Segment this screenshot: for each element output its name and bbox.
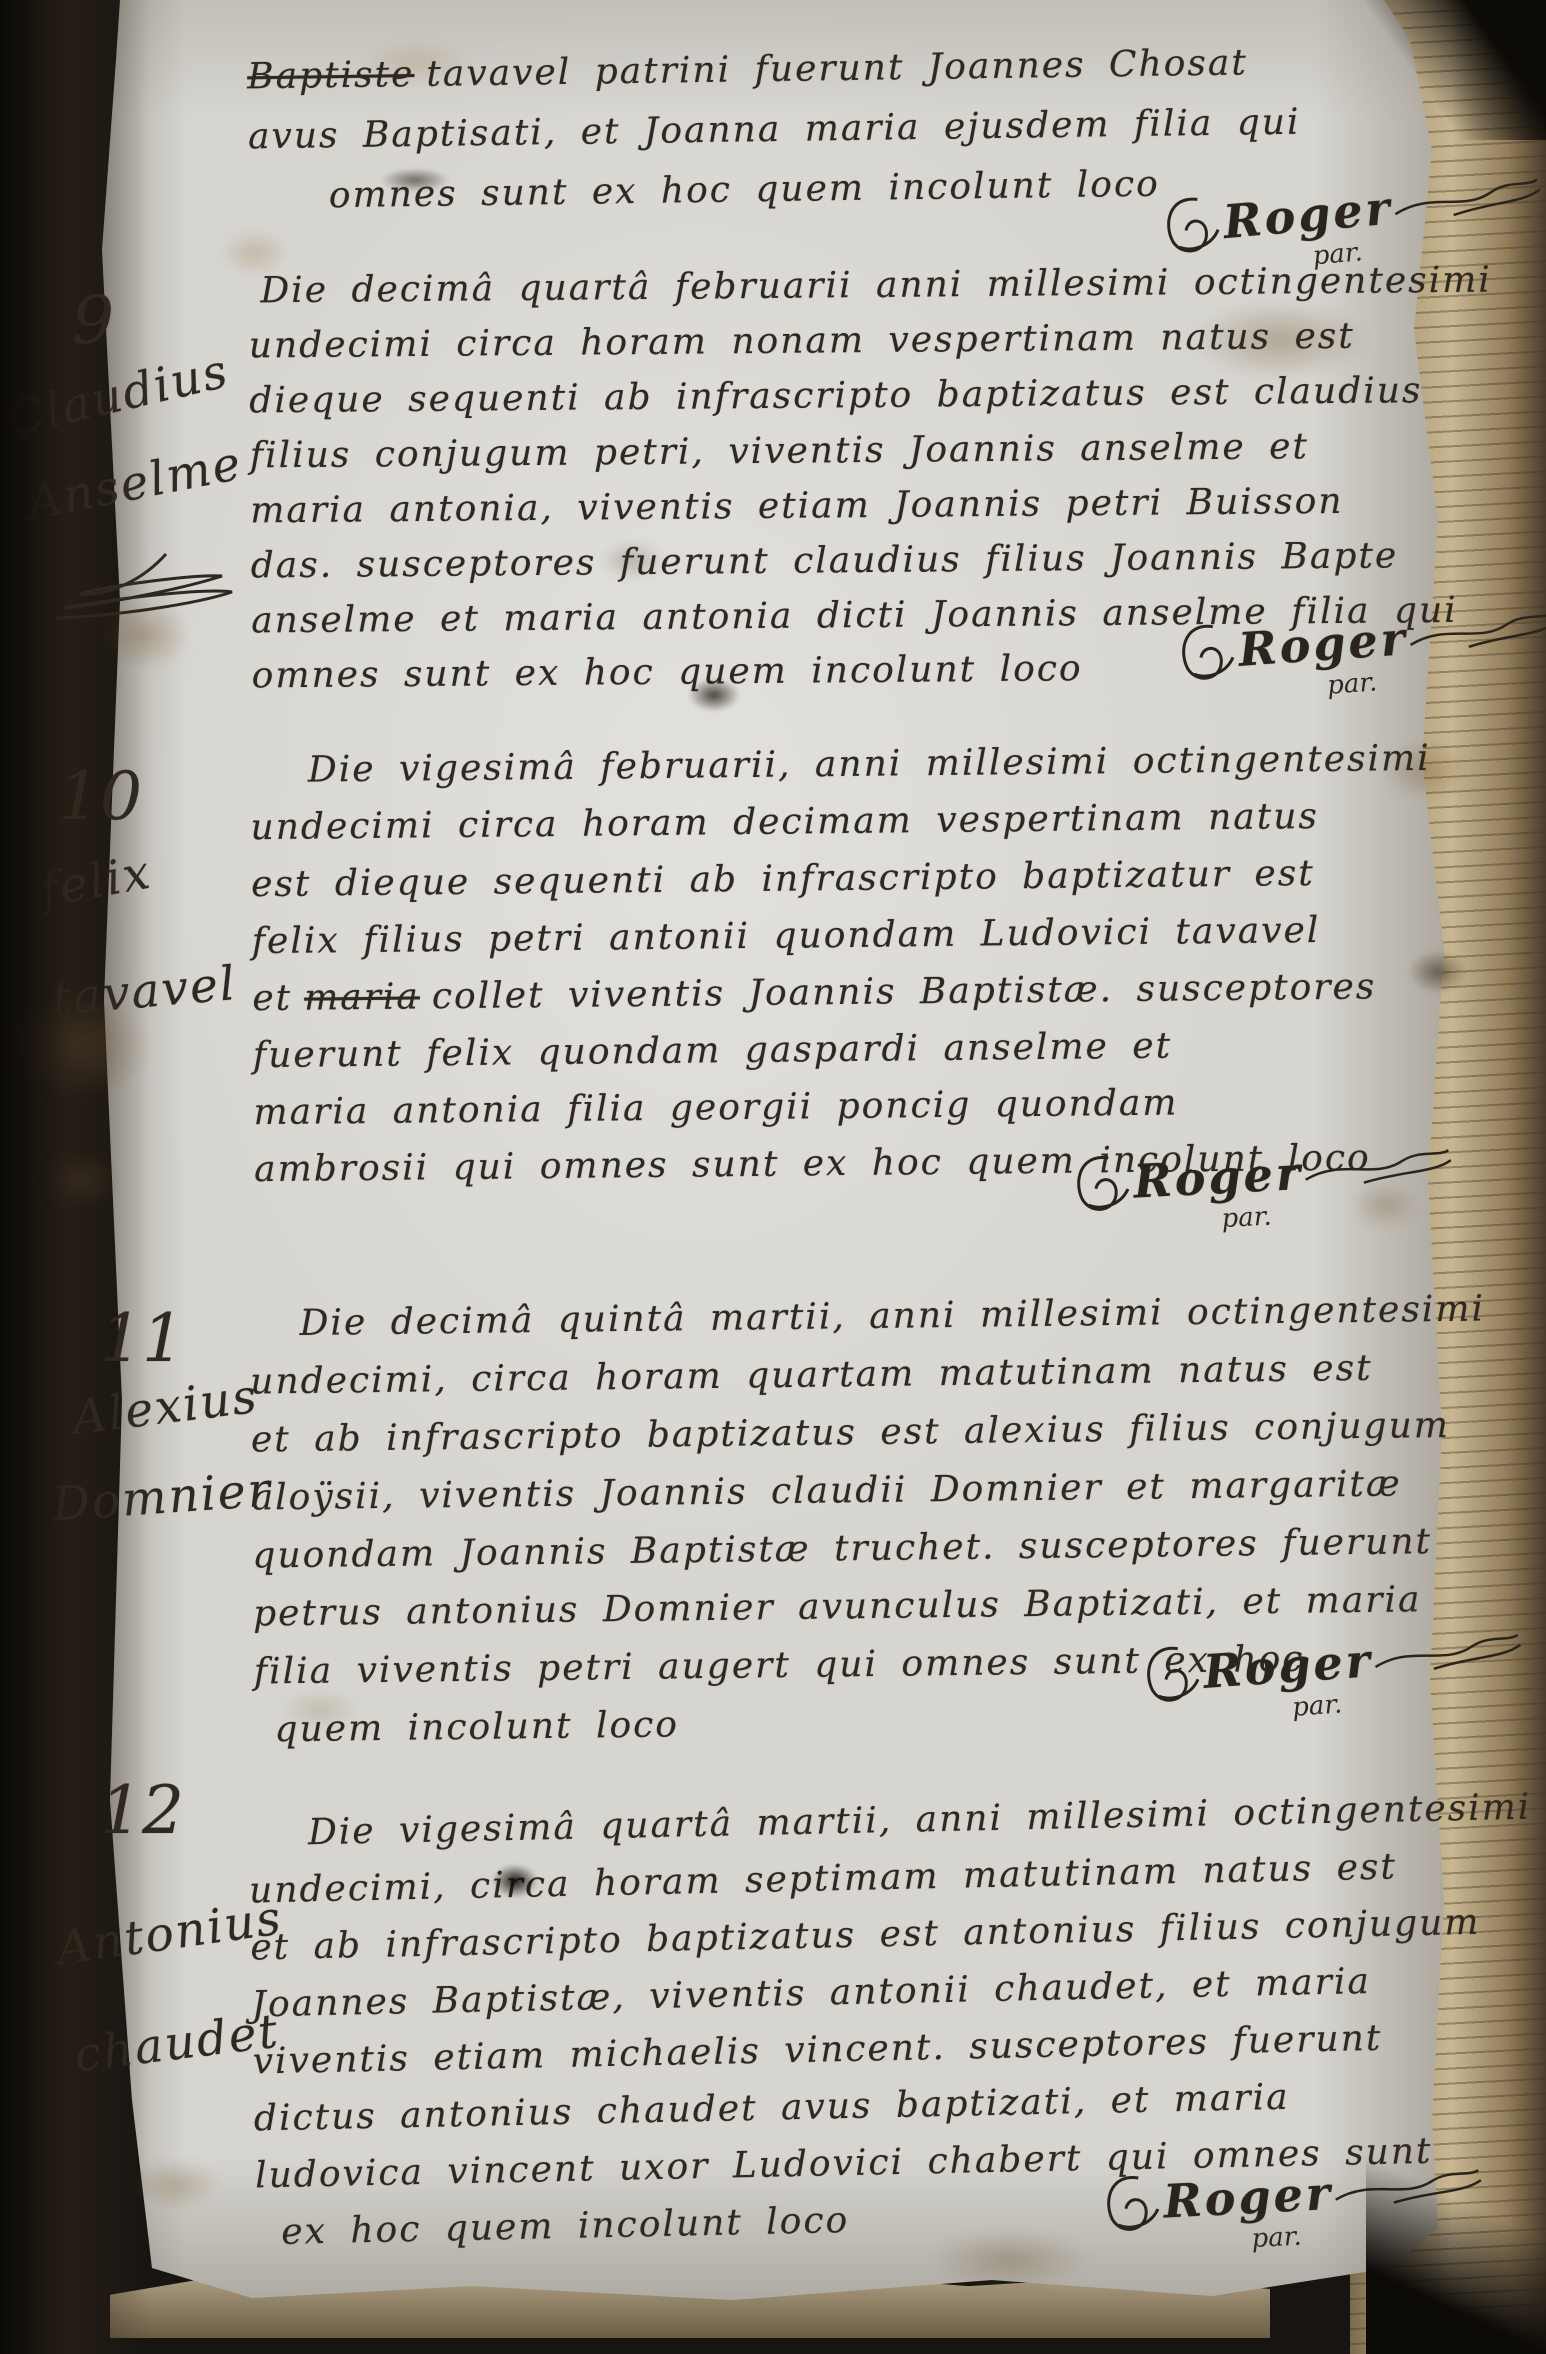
margin-flourish-icon	[46, 552, 246, 636]
line-text: collet viventis Joannis Baptistæ. suscep…	[432, 966, 1377, 1017]
signature-paraph-icon	[1172, 617, 1240, 687]
struck-word: maria	[304, 976, 420, 1018]
signature-paraph-icon	[1068, 1149, 1135, 1218]
signature-flourish-icon	[1390, 171, 1543, 230]
signature-flourish-icon	[1406, 605, 1546, 661]
entry-number: 11	[100, 1300, 184, 1377]
line-text: tavavel patrini fuerunt Joannes Chosat	[426, 42, 1248, 94]
signature-flourish-icon	[1371, 1627, 1524, 1683]
signature-name: Roger	[1162, 2166, 1334, 2229]
signature-name: Roger	[1132, 1146, 1304, 1209]
stain	[40, 1150, 120, 1210]
register-page-photo: Baptistetavavel patrini fuerunt Joannes …	[0, 0, 1546, 2354]
signature-paraph-icon	[1098, 2169, 1165, 2238]
entry-body: Baptistetavavel patrini fuerunt Joannes …	[247, 33, 1302, 228]
entry-number: 10	[58, 758, 142, 835]
corner-shadow	[1366, 2154, 1546, 2354]
signature-flourish-icon	[1302, 1142, 1454, 1196]
corner-shadow	[1356, 0, 1546, 140]
struck-word: Baptiste	[247, 54, 415, 97]
signature-paraph-icon	[1137, 1639, 1205, 1709]
entry-number: 12	[100, 1772, 184, 1849]
entry-number: 9	[72, 282, 114, 359]
line-text: et	[252, 978, 292, 1019]
signature-paraph-icon	[1157, 189, 1227, 260]
entry-body: Die vigesimâ februarii, anni millesimi o…	[250, 730, 1436, 1198]
